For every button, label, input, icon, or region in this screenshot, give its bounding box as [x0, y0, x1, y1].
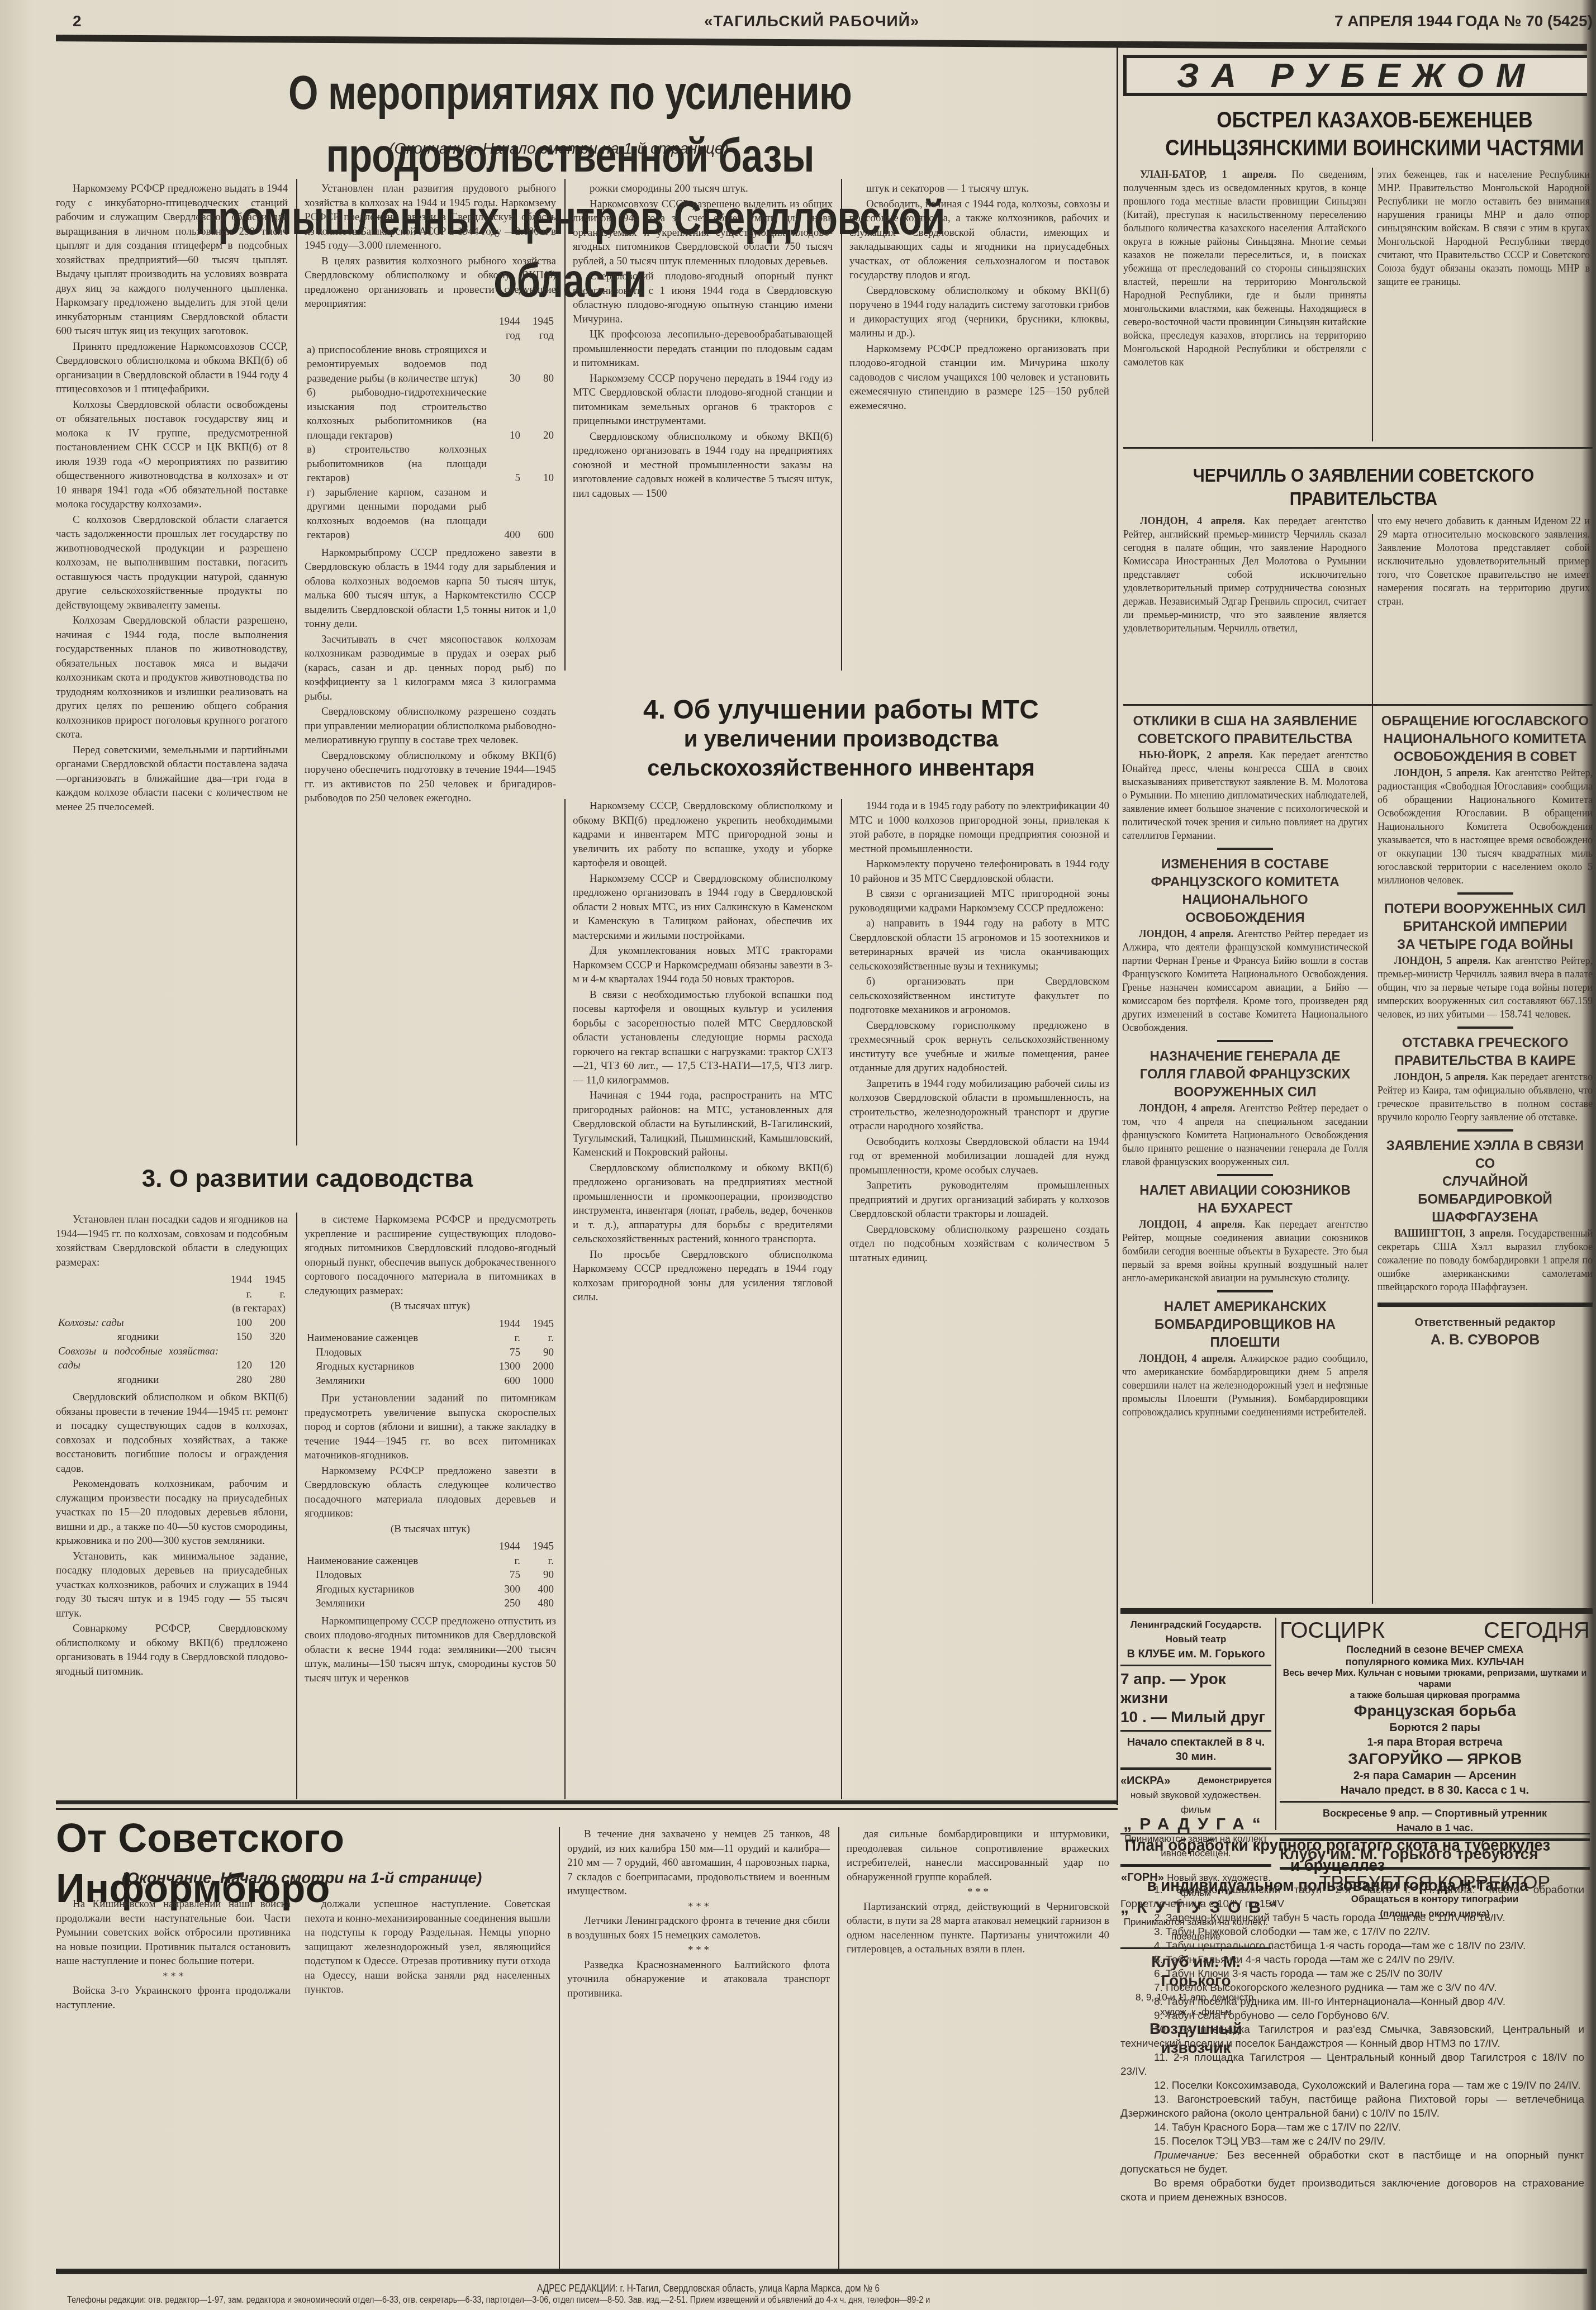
newspaper-page: 2 «ТАГИЛЬСКИЙ РАБОЧИЙ» 7 АПРЕЛЯ 1944 ГОД…	[0, 0, 1596, 2310]
list-item: 7. Поселок Высокогорского железного рудн…	[1120, 1981, 1584, 1995]
seedling-table-1: Наименование саженцев 1944 г. 1945 г. Пл…	[305, 1317, 556, 1389]
film-title: „РАДУГА“	[1120, 1817, 1271, 1832]
section-3-col-2: в системе Наркомзема РСФСР и предусмотре…	[305, 1213, 556, 1796]
main-col-4: штук и секаторов — 1 тысячу штук. Освобо…	[849, 182, 1109, 668]
column-rule	[564, 179, 566, 671]
list-item: 8. Табун поселка рудника им. III-го Инте…	[1120, 1995, 1584, 2009]
short-rule	[1217, 1040, 1273, 1042]
section-4-col-2: 1944 года и в 1945 году работу по электр…	[849, 799, 1109, 1794]
list-item: 12. Поселки Коксохимзавода, Сухоложский …	[1120, 2079, 1584, 2093]
section-3-col-1: Установлен план посадки садов и ягоднико…	[56, 1213, 288, 1796]
foreign-right-column: ОБРАЩЕНИЕ ЮГОСЛАВСКОГО НАЦИОНАЛЬНОГО КОМ…	[1377, 712, 1593, 1584]
main-col-1: Наркомзему РСФСР предложено выдать в 194…	[56, 182, 288, 1132]
section-3-heading: 3. О развитии садоводства	[56, 1165, 559, 1193]
short-rule	[1457, 1026, 1513, 1029]
foreign-article-col: ЛОНДОН, 4 апреля. Как передает агентство…	[1123, 514, 1366, 698]
column-rule	[838, 1827, 839, 2274]
list-item: 5. Табун Гальянки 4-я часть города —там …	[1120, 1953, 1584, 1967]
column-rule	[1275, 1618, 1276, 1830]
foreign-article-col: что ему нечего добавить к данным Иденом …	[1377, 514, 1590, 698]
abroad-banner: ЗА РУБЕЖОМ	[1123, 55, 1587, 96]
headline-line-1: О мероприятиях по усилению продовольстве…	[154, 61, 986, 187]
table-row: Совхозы и подсобные хозяйства: сады 120 …	[56, 1344, 288, 1373]
table-row: б) рыбоводно-гидротехнические изыскания …	[305, 386, 556, 443]
section-4-col-1: Наркомзему СССР, Свердловскому облисполк…	[573, 799, 833, 1794]
table-row: ягодники 280 280	[56, 1373, 288, 1387]
section-rule	[56, 1800, 1118, 1804]
foreign-headline: ОБСТРЕЛ КАЗАХОВ-БЕЖЕНЦЕВ СИНЬЦЗЯНСКИМИ В…	[1158, 106, 1591, 162]
short-rule	[1217, 848, 1273, 850]
list-item: 6. Табун Ключи 3-я часть города — там же…	[1120, 1967, 1584, 1981]
table-row: Ягодных кустарников 300 400	[305, 1582, 556, 1597]
column-rule	[841, 179, 842, 671]
main-col-2: Установлен план развития прудового рыбно…	[305, 182, 556, 1132]
section-rule	[1123, 704, 1593, 706]
table-row: Колхозы: сады 100 200	[56, 1316, 288, 1330]
list-item: 1. Заречно-Кушвинский табун 2-я часть г.…	[1120, 1883, 1584, 1911]
ads-rule	[1120, 1608, 1593, 1614]
column-rule	[1372, 514, 1373, 1604]
cattle-plan-list: 1. Заречно-Кушвинский табун 2-я часть г.…	[1120, 1883, 1584, 2263]
sovinformburo-col-2: должали успешное наступление. Советская …	[305, 1897, 550, 2271]
foreign-headline: ЧЕРЧИЛЛЬ О ЗАЯВЛЕНИИ СОВЕТСКОГО ПРАВИТЕЛ…	[1157, 464, 1570, 511]
main-col-3: рожки смородины 200 тысяч штук. Наркомсо…	[573, 182, 833, 668]
table-row: в) строительство колхозных рыбопитомнико…	[305, 443, 556, 486]
table-row: Земляники 600 1000	[305, 1374, 556, 1389]
list-item: 9. Табун села Горбуново — село Горбуново…	[1120, 2009, 1584, 2023]
editor-label: Ответственный редактор	[1377, 1316, 1593, 1329]
foreign-left-column: ОТКЛИКИ В США НА ЗАЯВЛЕНИЕ СОВЕТСКОГО ПР…	[1122, 712, 1368, 1606]
garden-table: 1944 г. 1945 г. (в гектарах) Колхозы: са…	[56, 1273, 288, 1387]
fish-farming-table: 1944 год 1945 год а) приспособление внов…	[305, 315, 556, 543]
masthead-rule	[56, 35, 1587, 51]
seedling-table-2: Наименование саженцев 1944 г. 1945 г. Пл…	[305, 1539, 556, 1611]
issue-date: 7 АПРЕЛЯ 1944 ГОДА № 70 (5425)	[1334, 12, 1593, 30]
bottom-rule	[56, 2269, 1587, 2274]
section-rule	[56, 1808, 1118, 1810]
table-row: Плодовых 75 90	[305, 1346, 556, 1360]
page-number: 2	[73, 12, 82, 30]
column-rule	[296, 179, 297, 1146]
editor-name: А. В. СУВОРОВ	[1377, 1333, 1593, 1346]
short-rule	[1457, 892, 1513, 895]
column-rule	[841, 799, 842, 1799]
footer: АДРЕС РЕДАКЦИИ: г. Н-Тагил, Свердловская…	[67, 2283, 1350, 2306]
sovinformburo-col-1: На Кишиневском направлении наши войска п…	[56, 1897, 291, 2271]
short-rule	[1217, 1174, 1273, 1176]
short-rule	[1217, 1290, 1273, 1292]
sovinformburo-col-3: В течение дня захвачено у немцев 25 танк…	[567, 1827, 830, 2271]
table-row: г) зарыбление карпом, сазаном и другими …	[305, 486, 556, 543]
table-row: Ягодных кустарников 1300 2000	[305, 1360, 556, 1374]
masthead: 2 «ТАГИЛЬСКИЙ РАБОЧИЙ» 7 АПРЕЛЯ 1944 ГОД…	[11, 12, 1593, 32]
column-rule	[564, 799, 566, 1799]
table-row: ягодники 150 320	[56, 1330, 288, 1344]
table-row: Земляники 250 480	[305, 1596, 556, 1611]
sovinformburo-continuation: (Окончание. Начало смотри на 1-й страниц…	[56, 1869, 548, 1887]
list-item: 3. Табун Рыжковой слободки — там же, с 1…	[1120, 1925, 1584, 1939]
foreign-article-col: этих беженцев, так и население Республик…	[1377, 168, 1590, 441]
table-row: Плодовых 75 90	[305, 1568, 556, 1582]
editorial-phones: Телефоны редакции: отв. редактор—1-97, з…	[67, 2294, 1350, 2306]
list-item: 10. 1-я площадка Тагилстроя и раз'езд См…	[1120, 2023, 1584, 2051]
table-row: а) приспособление вновь строящихся и рем…	[305, 343, 556, 386]
list-item: 13. Вагонстроевский табун, пастбище райо…	[1120, 2093, 1584, 2121]
section-4-heading: 4. Об улучшении работы МТС и увеличении …	[570, 696, 1112, 783]
section-rule	[1123, 447, 1593, 449]
list-item: 11. 2-я площадка Тагилстроя — Центральны…	[1120, 2051, 1584, 2079]
column-rule	[559, 1827, 560, 2274]
column-rule	[1372, 168, 1373, 441]
section-rule	[1120, 1833, 1590, 1834]
foreign-article-col: УЛАН-БАТОР, 1 апреля. По сведениям, полу…	[1123, 168, 1366, 441]
section-rule	[1377, 1303, 1593, 1307]
short-rule	[1457, 1129, 1513, 1132]
continuation-note: (Окончание. Начало смотри на 1-й страниц…	[279, 140, 838, 158]
list-item: 15. Поселок ТЭЦ УВЗ—там же с 24/IV по 29…	[1120, 2135, 1584, 2149]
list-item: 14. Табун Красного Бора—там же с 17/IV п…	[1120, 2121, 1584, 2135]
column-rule	[296, 1213, 297, 1799]
sovinformburo-col-4: дая сильные бомбардировщики и штурмовики…	[847, 1827, 1109, 2271]
section-divider	[1117, 45, 1118, 1805]
list-item: 2. Заречно-Кушвинский табун 5 часть горо…	[1120, 1911, 1584, 1925]
editorial-address: АДРЕС РЕДАКЦИИ: г. Н-Тагил, Свердловская…	[67, 2283, 1350, 2294]
paper-name: «ТАГИЛЬСКИЙ РАБОЧИЙ»	[704, 12, 919, 30]
list-item: 4. Табун центрального пастбища 1-я часть…	[1120, 1939, 1584, 1953]
